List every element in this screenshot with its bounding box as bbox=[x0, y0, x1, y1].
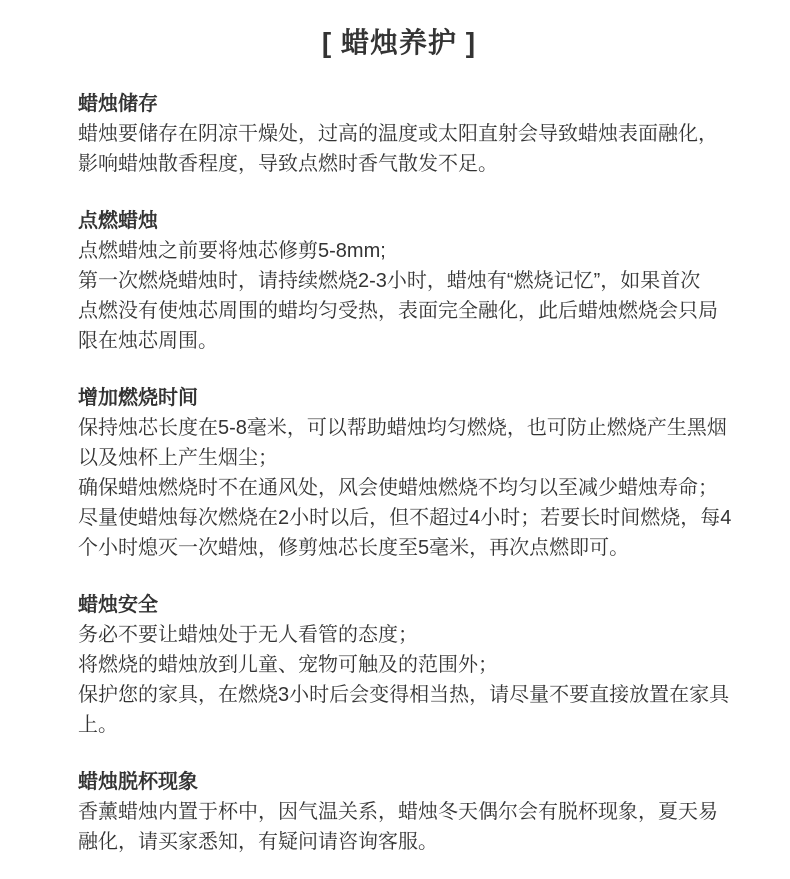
section-heading: 蜡烛脱杯现象 bbox=[78, 767, 720, 797]
section-heading: 蜡烛储存 bbox=[78, 89, 720, 119]
text-line: 融化，请买家悉知，有疑问请咨询客服。 bbox=[78, 827, 720, 857]
text-line: 蜡烛要储存在阴凉干燥处，过高的温度或太阳直射会导致蜡烛表面融化， bbox=[78, 119, 720, 149]
section: 点燃蜡烛点燃蜡烛之前要将烛芯修剪5-8mm;第一次燃烧蜡烛时，请持续燃烧2-3小… bbox=[78, 206, 720, 356]
text-line: 香薰蜡烛内置于杯中，因气温关系，蜡烛冬天偶尔会有脱杯现象，夏天易 bbox=[78, 797, 720, 827]
text-line: 保护您的家具，在燃烧3小时后会变得相当热，请尽量不要直接放置在家具 bbox=[78, 680, 720, 710]
text-line: 将燃烧的蜡烛放到儿童、宠物可触及的范围外； bbox=[78, 650, 720, 680]
candle-care-page: [ 蜡烛养护 ] 蜡烛储存蜡烛要储存在阴凉干燥处，过高的温度或太阳直射会导致蜡烛… bbox=[0, 0, 790, 879]
section: 蜡烛储存蜡烛要储存在阴凉干燥处，过高的温度或太阳直射会导致蜡烛表面融化，影响蜡烛… bbox=[78, 89, 720, 179]
section: 蜡烛脱杯现象香薰蜡烛内置于杯中，因气温关系，蜡烛冬天偶尔会有脱杯现象，夏天易融化… bbox=[78, 767, 720, 857]
section-heading: 点燃蜡烛 bbox=[78, 206, 720, 236]
text-line: 点燃没有使烛芯周围的蜡均匀受热，表面完全融化，此后蜡烛燃烧会只局 bbox=[78, 296, 720, 326]
section-heading: 增加燃烧时间 bbox=[78, 383, 720, 413]
text-line: 确保蜡烛燃烧时不在通风处，风会使蜡烛燃烧不均匀以至减少蜡烛寿命； bbox=[78, 473, 720, 503]
section: 蜡烛安全务必不要让蜡烛处于无人看管的态度；将燃烧的蜡烛放到儿童、宠物可触及的范围… bbox=[78, 590, 720, 740]
text-line: 务必不要让蜡烛处于无人看管的态度； bbox=[78, 620, 720, 650]
text-line: 尽量使蜡烛每次燃烧在2小时以后，但不超过4小时；若要长时间燃烧，每4 bbox=[78, 503, 720, 533]
text-line: 点燃蜡烛之前要将烛芯修剪5-8mm; bbox=[78, 236, 720, 266]
text-line: 影响蜡烛散香程度，导致点燃时香气散发不足。 bbox=[78, 149, 720, 179]
text-line: 上。 bbox=[78, 710, 720, 740]
text-line: 以及烛杯上产生烟尘； bbox=[78, 443, 720, 473]
text-line: 保持烛芯长度在5-8毫米，可以帮助蜡烛均匀燃烧，也可防止燃烧产生黑烟 bbox=[78, 413, 720, 443]
text-line: 限在烛芯周围。 bbox=[78, 326, 720, 356]
text-line: 第一次燃烧蜡烛时，请持续燃烧2-3小时，蜡烛有“燃烧记忆”，如果首次 bbox=[78, 266, 720, 296]
section: 增加燃烧时间保持烛芯长度在5-8毫米，可以帮助蜡烛均匀燃烧，也可防止燃烧产生黑烟… bbox=[78, 383, 720, 563]
section-heading: 蜡烛安全 bbox=[78, 590, 720, 620]
text-line: 个小时熄灭一次蜡烛，修剪烛芯长度至5毫米，再次点燃即可。 bbox=[78, 533, 720, 563]
sections: 蜡烛储存蜡烛要储存在阴凉干燥处，过高的温度或太阳直射会导致蜡烛表面融化，影响蜡烛… bbox=[78, 89, 720, 857]
page-title: [ 蜡烛养护 ] bbox=[78, 26, 720, 60]
